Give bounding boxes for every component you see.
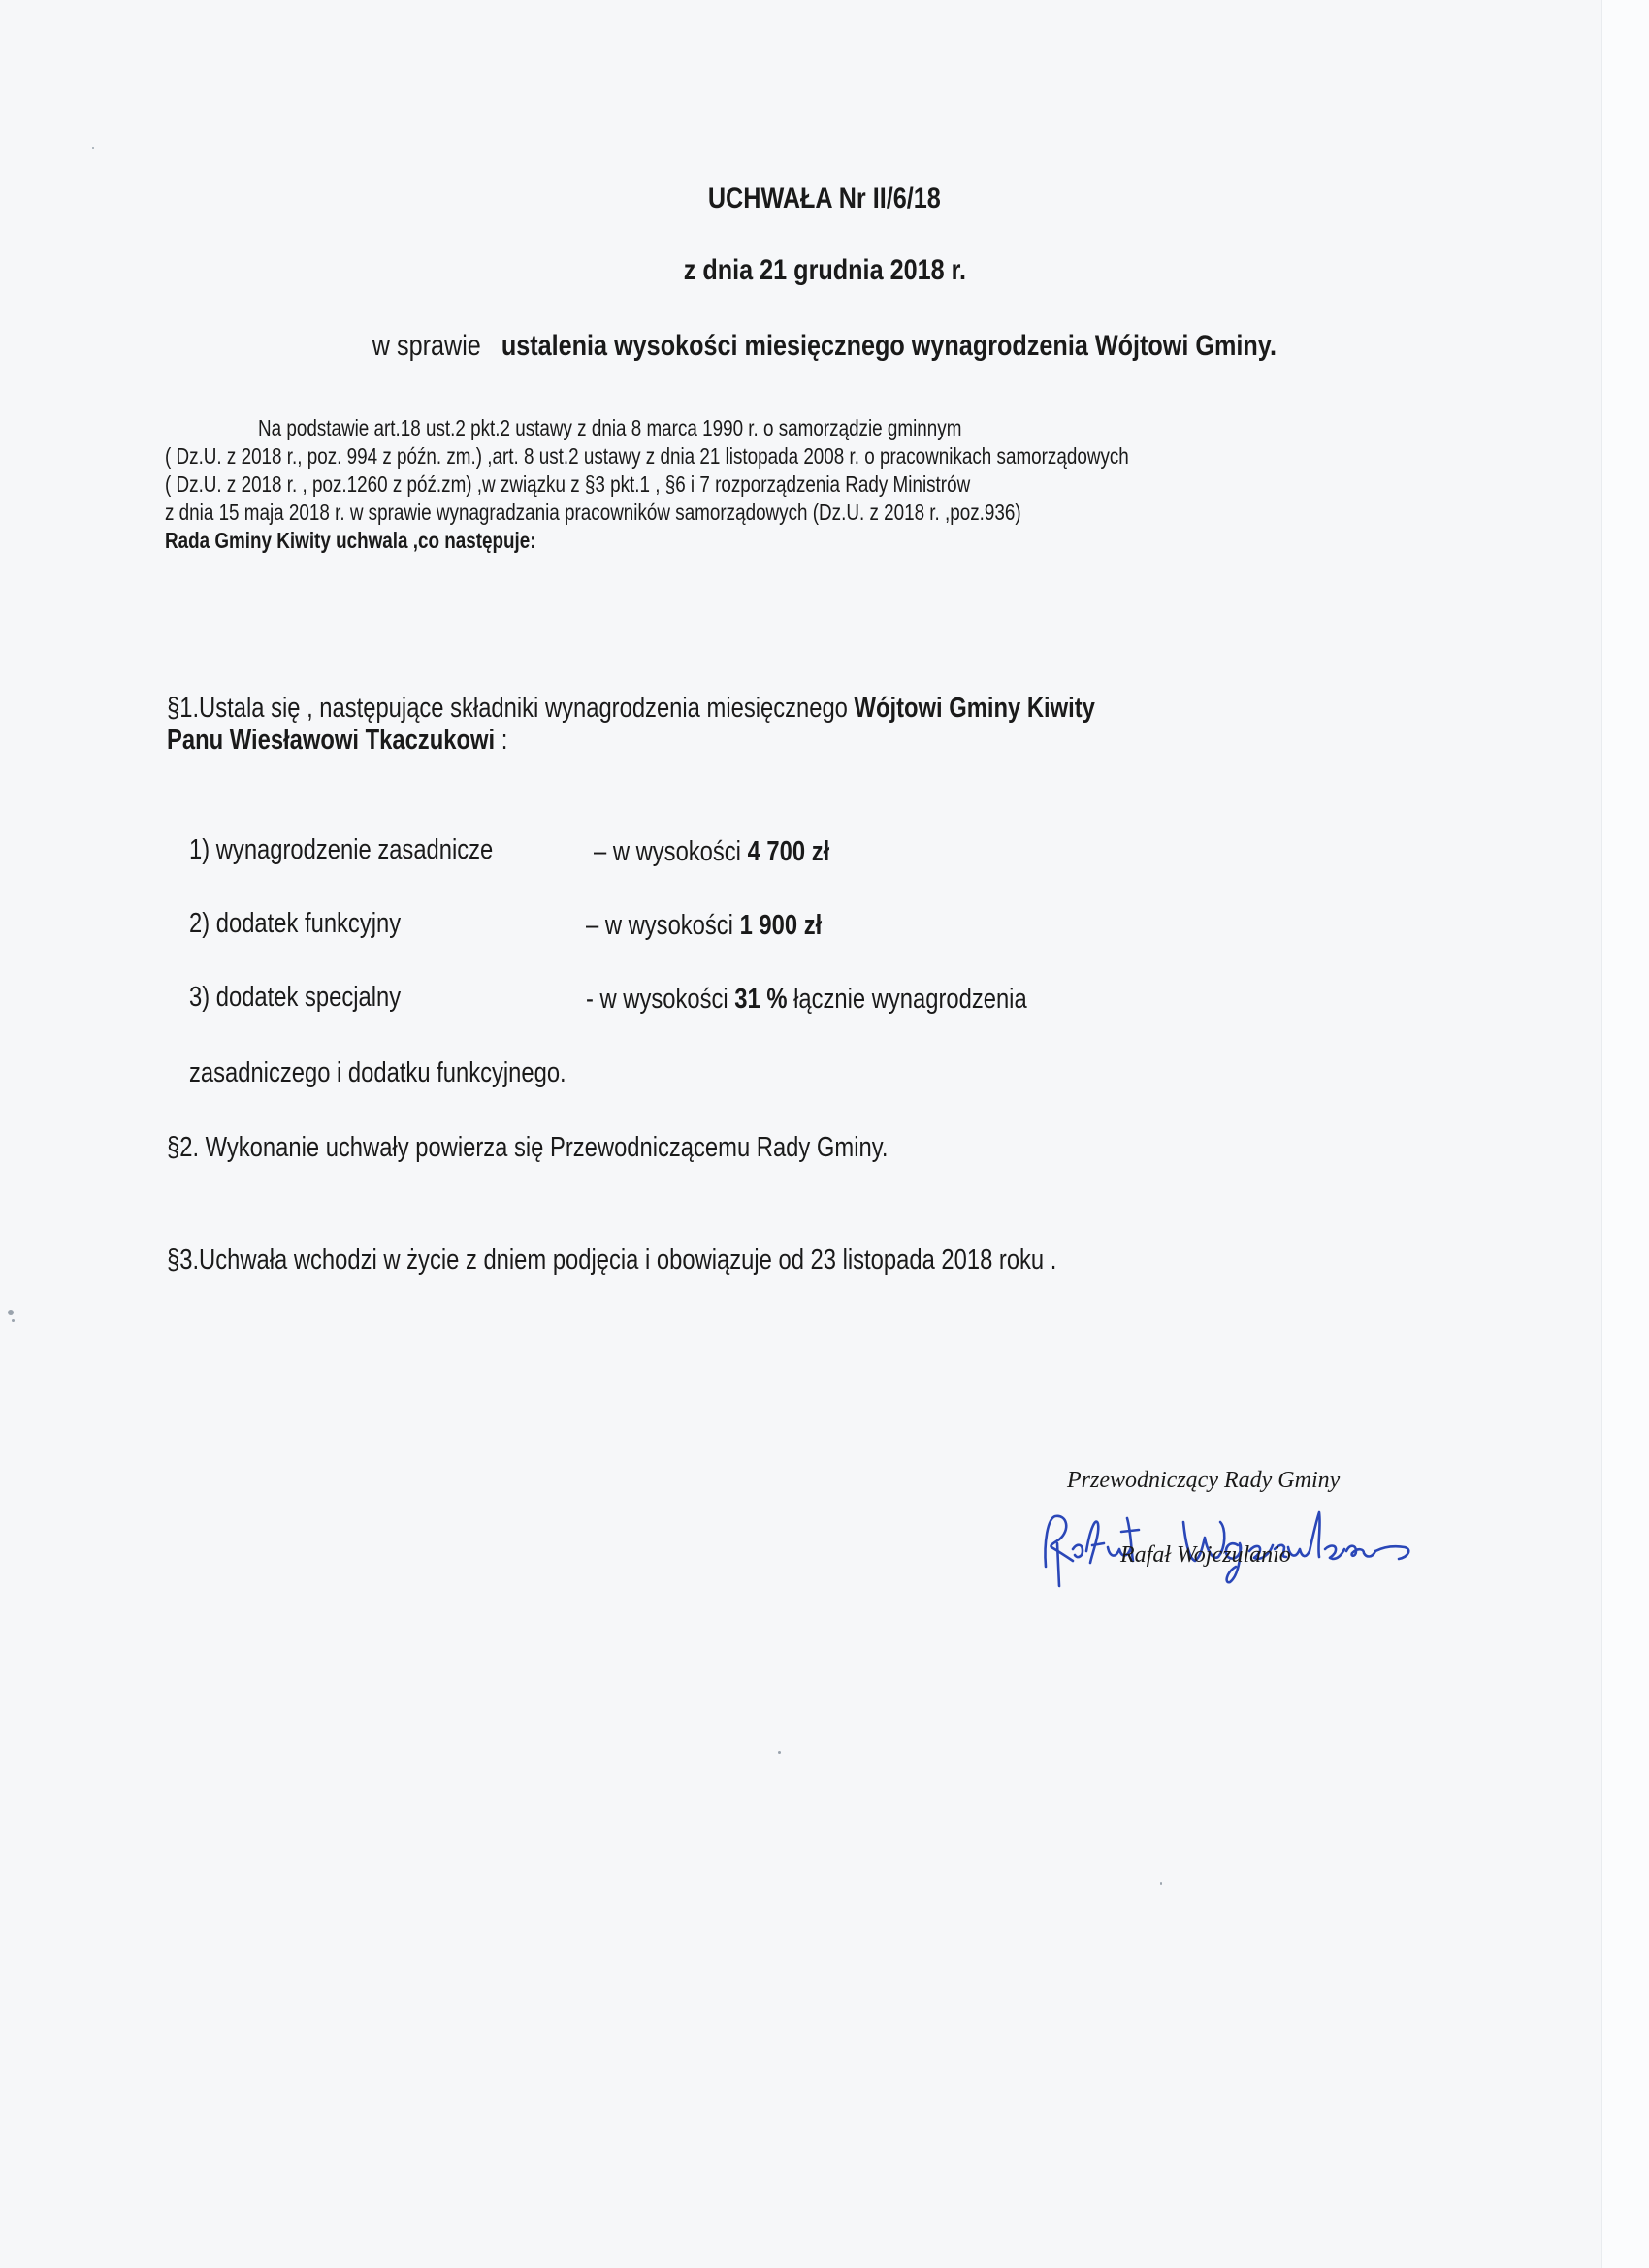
value-prefix: – w wysokości bbox=[586, 910, 740, 941]
recipient-name: Panu Wiesławowi Tkaczukowi bbox=[167, 725, 495, 756]
section3-text: §3.Uchwała wchodzi w życie z dniem podję… bbox=[167, 1245, 1056, 1277]
resolution-title: UCHWAŁA Nr II/6/18 bbox=[0, 182, 1649, 215]
preamble-line: ( Dz.U. z 2018 r., poz. 994 z późn. zm.)… bbox=[165, 443, 1341, 470]
scan-speck bbox=[778, 1751, 781, 1754]
preamble-line: ( Dz.U. z 2018 r. , poz.1260 z póź.zm) ,… bbox=[165, 471, 1147, 498]
value-amount: 4 700 zł bbox=[748, 836, 830, 867]
section1-intro-bold: Wójtowi Gminy Kiwity bbox=[855, 693, 1095, 724]
salary-item-label: 2) dodatek funkcyjny bbox=[189, 908, 447, 940]
subject-prefix: w sprawie bbox=[372, 330, 481, 362]
value-prefix: – w wysokości bbox=[594, 836, 748, 867]
preamble-line: Na podstawie art.18 ust.2 pkt.2 ustawy z… bbox=[258, 415, 1116, 441]
salary-item-label-text: 2) dodatek funkcyjny bbox=[189, 908, 401, 940]
resolution-date: z dnia 21 grudnia 2018 r. bbox=[0, 254, 1649, 287]
scan-speck bbox=[92, 147, 94, 149]
preamble-line-text: z dnia 15 maja 2018 r. w sprawie wynagra… bbox=[165, 500, 1021, 526]
salary-item-value: – w wysokości 1 900 zł bbox=[586, 910, 874, 942]
salary-item-label-text: 1) wynagrodzenie zasadnicze bbox=[189, 834, 493, 866]
salary-item-label: 1) wynagrodzenie zasadnicze bbox=[189, 834, 560, 866]
subject-bold: ustalenia wysokości miesięcznego wynagro… bbox=[501, 330, 1277, 362]
preamble-line-text: ( Dz.U. z 2018 r. , poz.1260 z póź.zm) ,… bbox=[165, 471, 970, 498]
salary-item-value: - w wysokości 31 % łącznie wynagrodzenia bbox=[586, 984, 1124, 1016]
preamble-line-text: ( Dz.U. z 2018 r., poz. 994 z późn. zm.)… bbox=[165, 443, 1129, 470]
salary-item-label: 3) dodatek specjalny bbox=[189, 982, 447, 1014]
value-amount: 31 % bbox=[734, 984, 787, 1015]
section1-intro-text: §1.Ustala się , następujące składniki wy… bbox=[167, 693, 848, 724]
scan-speck bbox=[8, 1310, 14, 1315]
resolution-title-text: UCHWAŁA Nr II/6/18 bbox=[708, 182, 941, 215]
section2: §2. Wykonanie uchwały powierza się Przew… bbox=[167, 1132, 1047, 1164]
preamble-line: z dnia 15 maja 2018 r. w sprawie wynagra… bbox=[165, 500, 1209, 526]
resolution-date-text: z dnia 21 grudnia 2018 r. bbox=[683, 254, 965, 287]
salary-item-label-text: 3) dodatek specjalny bbox=[189, 982, 401, 1014]
scanned-page: UCHWAŁA Nr II/6/18 z dnia 21 grudnia 201… bbox=[0, 0, 1649, 2268]
section2-text: §2. Wykonanie uchwały powierza się Przew… bbox=[167, 1132, 888, 1164]
signatory-name: Rafał Wojczulanio bbox=[1120, 1542, 1291, 1569]
section1-intro: §1.Ustala się , następujące składniki wy… bbox=[167, 693, 1299, 725]
scan-speck bbox=[12, 1319, 15, 1322]
value-prefix: - w wysokości bbox=[586, 984, 734, 1015]
scan-speck bbox=[1160, 1882, 1162, 1885]
salary-item-value: – w wysokości 4 700 zł bbox=[594, 836, 882, 868]
resolution-line: Rada Gminy Kiwity uchwala ,co następuje: bbox=[165, 528, 618, 554]
resolution-line-text: Rada Gminy Kiwity uchwala ,co następuje: bbox=[165, 528, 536, 554]
recipient-suffix: : bbox=[495, 725, 507, 756]
value-amount: 1 900 zł bbox=[740, 910, 823, 941]
salary-item-continuation: zasadniczego i dodatku funkcyjnego. bbox=[189, 1057, 649, 1089]
value-suffix: łącznie wynagrodzenia bbox=[787, 984, 1026, 1015]
signature-block: Przewodniczący Rady Gminy Rafał Wojczula… bbox=[1038, 1460, 1445, 1586]
section1-recipient: Panu Wiesławowi Tkaczukowi : bbox=[167, 725, 582, 757]
salary-item-continuation-text: zasadniczego i dodatku funkcyjnego. bbox=[189, 1057, 566, 1089]
section3: §3.Uchwała wchodzi w życie z dniem podję… bbox=[167, 1245, 1252, 1277]
preamble-line-text: Na podstawie art.18 ust.2 pkt.2 ustawy z… bbox=[258, 415, 961, 441]
resolution-subject: w sprawie ustalenia wysokości miesięczne… bbox=[0, 330, 1649, 363]
